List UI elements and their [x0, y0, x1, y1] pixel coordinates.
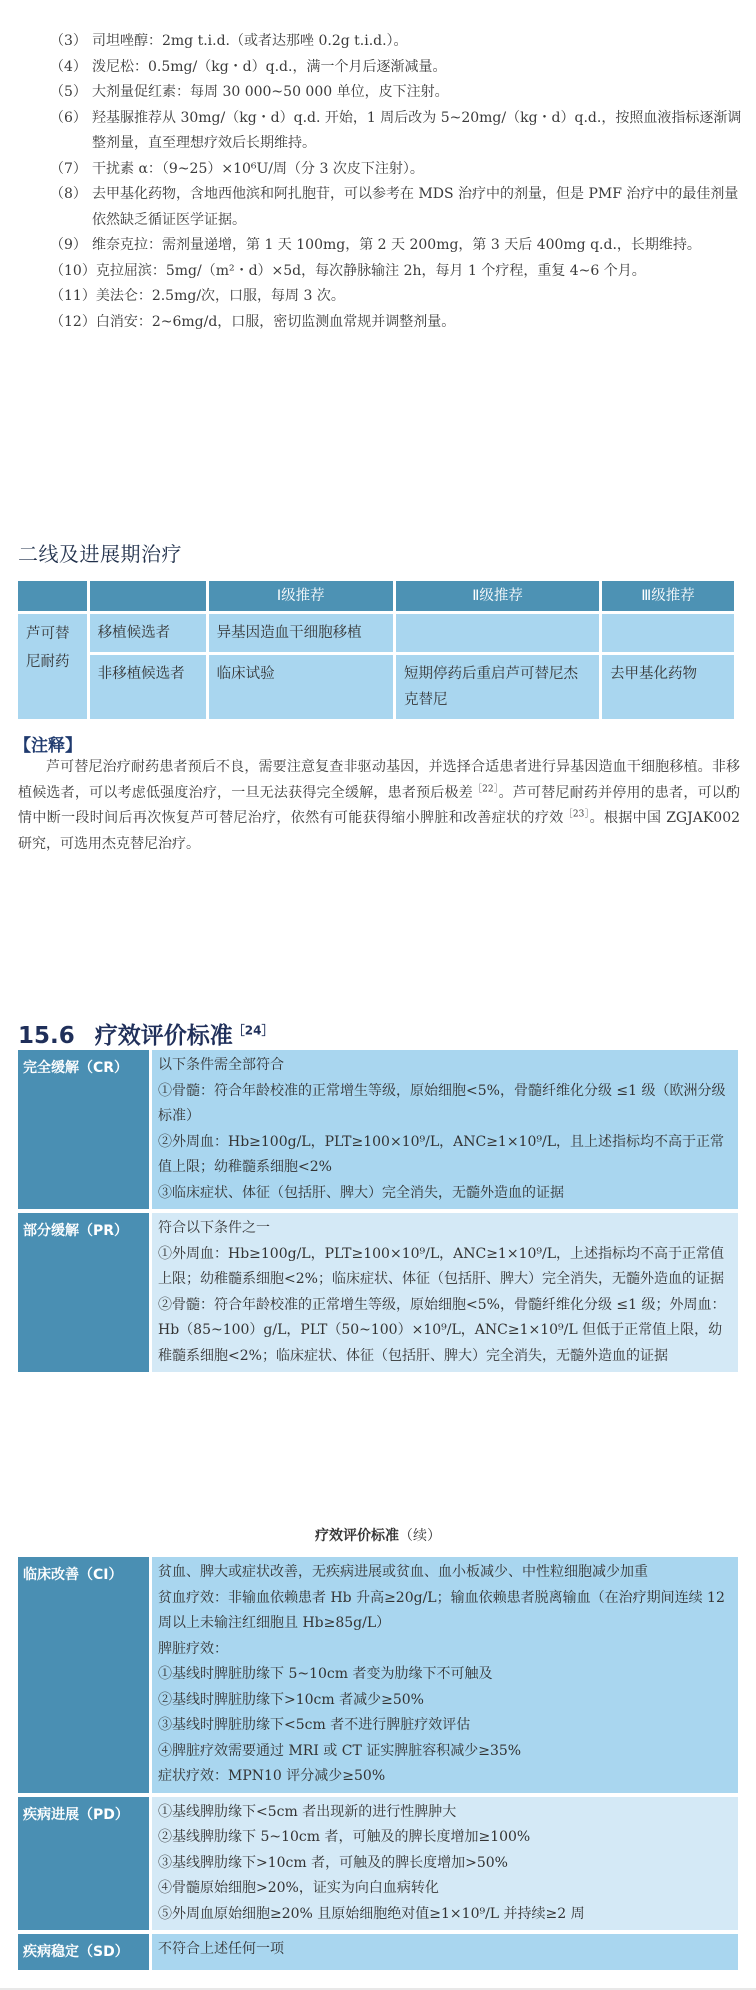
list-item: （12）白消安：2~6mg/d，口服，密切监测血常规并调整剂量。 — [50, 310, 750, 336]
criteria-label: 完全缓解（CR） — [18, 1050, 149, 1209]
list-item: （6）羟基脲推荐从 30mg/（kg・d）q.d. 开始，1 周后改为 5~20… — [50, 106, 750, 157]
criteria-line: ①基线脾肋缘下<5cm 者出现新的进行性脾肿大 — [158, 1800, 732, 1826]
dosing-list: （3）司坦唑醇：2mg t.i.d.（或者达那唑 0.2g t.i.d.）。 （… — [50, 29, 750, 335]
list-item-text: 美法仑：2.5mg/次，口服，每周 3 次。 — [96, 284, 750, 310]
table-header-cell — [18, 581, 87, 611]
criteria-line: ③基线时脾脏肋缘下<5cm 者不进行脾脏疗效评估 — [158, 1713, 732, 1739]
criteria-line: ②外周血：Hb≥100g/L，PLT≥100×10⁹/L，ANC≥1×10⁹/L… — [158, 1130, 732, 1181]
response-criteria-table: 完全缓解（CR） 以下条件需全部符合 ①骨髓：符合年龄校准的正常增生等级，原始细… — [18, 1050, 738, 1376]
list-item-number: （3） — [50, 29, 92, 55]
table-caption: 疗效评价标准（续） — [0, 1525, 756, 1545]
criteria-row-pr: 部分缓解（PR） 符合以下条件之一 ①外周血：Hb≥100g/L，PLT≥100… — [18, 1213, 738, 1372]
second-line-table: Ⅰ级推荐 Ⅱ级推荐 Ⅲ级推荐 芦可替尼耐药 移植候选者 异基因造血干细胞移植 非… — [15, 578, 737, 722]
table-row: 芦可替尼耐药 移植候选者 异基因造血干细胞移植 — [18, 614, 734, 652]
list-item-number: （5） — [50, 80, 92, 106]
list-item-number: （8） — [50, 182, 92, 233]
criteria-row-pd: 疾病进展（PD） ①基线脾肋缘下<5cm 者出现新的进行性脾肿大 ②基线脾肋缘下… — [18, 1797, 738, 1931]
criteria-body: 贫血、脾大或症状改善，无疾病进展或贫血、血小板减少、中性粒细胞减少加重 贫血疗效… — [152, 1557, 738, 1793]
list-item-text: 干扰素 α：（9~25）×10⁶U/周（分 3 次皮下注射）。 — [92, 157, 750, 183]
list-item-number: （4） — [50, 55, 92, 81]
citation: ［22］ — [473, 784, 499, 794]
criteria-line: 符合以下条件之一 — [158, 1216, 732, 1242]
criteria-line: 贫血疗效：非输血依赖患者 Hb 升高≥20g/L；输血依赖患者脱离输血（在治疗期… — [158, 1586, 732, 1637]
list-item: （5）大剂量促红素：每周 30 000~50 000 单位，皮下注射。 — [50, 80, 750, 106]
list-item-number: （11） — [50, 284, 96, 310]
section-number: 15.6 — [18, 1023, 75, 1049]
list-item-text: 去甲基化药物，含地西他滨和阿扎胞苷，可以参考在 MDS 治疗中的剂量，但是 PM… — [92, 182, 750, 233]
criteria-label: 临床改善（CI） — [18, 1557, 149, 1793]
citation: ［23］ — [564, 809, 590, 819]
criteria-line: ①外周血：Hb≥100g/L，PLT≥100×10⁹/L，ANC≥1×10⁹/L… — [158, 1242, 732, 1293]
list-item: （4）泼尼松：0.5mg/（kg・d）q.d.，满一个月后逐渐减量。 — [50, 55, 750, 81]
section-heading: 15.6疗效评价标准［24］ — [18, 1017, 273, 1050]
list-item-text: 大剂量促红素：每周 30 000~50 000 单位，皮下注射。 — [92, 80, 750, 106]
table-header-level3: Ⅲ级推荐 — [602, 581, 734, 611]
table-cell: 短期停药后重启芦可替尼杰克替尼 — [396, 655, 599, 719]
criteria-line: ①基线时脾脏肋缘下 5~10cm 者变为肋缘下不可触及 — [158, 1662, 732, 1688]
list-item: （3）司坦唑醇：2mg t.i.d.（或者达那唑 0.2g t.i.d.）。 — [50, 29, 750, 55]
criteria-body: 符合以下条件之一 ①外周血：Hb≥100g/L，PLT≥100×10⁹/L，AN… — [152, 1213, 738, 1372]
criteria-line: 症状疗效：MPN10 评分减少≥50% — [158, 1764, 732, 1790]
table-header-row: Ⅰ级推荐 Ⅱ级推荐 Ⅲ级推荐 — [18, 581, 734, 611]
criteria-line: ②骨髓：符合年龄校准的正常增生等级，原始细胞<5%，骨髓纤维化分级 ≤1 级；外… — [158, 1293, 732, 1370]
table-header-cell — [90, 581, 206, 611]
criteria-line: 不符合上述任何一项 — [158, 1937, 732, 1963]
criteria-row-cr: 完全缓解（CR） 以下条件需全部符合 ①骨髓：符合年龄校准的正常增生等级，原始细… — [18, 1050, 738, 1209]
criteria-body: 以下条件需全部符合 ①骨髓：符合年龄校准的正常增生等级，原始细胞<5%，骨髓纤维… — [152, 1050, 738, 1209]
section-title: 二线及进展期治疗 — [18, 538, 182, 567]
list-item-text: 白消安：2~6mg/d，口服，密切监测血常规并调整剂量。 — [96, 310, 750, 336]
table-cell: 临床试验 — [209, 655, 393, 719]
criteria-line: ②基线脾肋缘下 5~10cm 者，可触及的脾长度增加≥100% — [158, 1825, 732, 1851]
list-item-text: 羟基脲推荐从 30mg/（kg・d）q.d. 开始，1 周后改为 5~20mg/… — [92, 106, 750, 157]
list-item-text: 司坦唑醇：2mg t.i.d.（或者达那唑 0.2g t.i.d.）。 — [92, 29, 750, 55]
list-item-number: （10） — [50, 259, 96, 285]
note-paragraph: 芦可替尼治疗耐药患者预后不良，需要注意复查非驱动基因，并选择合适患者进行异基因造… — [18, 755, 740, 857]
response-criteria-table-continued: 临床改善（CI） 贫血、脾大或症状改善，无疾病进展或贫血、血小板减少、中性粒细胞… — [18, 1557, 738, 1974]
criteria-line: ②基线时脾脏肋缘下>10cm 者减少≥50% — [158, 1688, 732, 1714]
table-header-level1: Ⅰ级推荐 — [209, 581, 393, 611]
criteria-line: 贫血、脾大或症状改善，无疾病进展或贫血、血小板减少、中性粒细胞减少加重 — [158, 1560, 732, 1586]
table-row: 非移植候选者 临床试验 短期停药后重启芦可替尼杰克替尼 去甲基化药物 — [18, 655, 734, 719]
criteria-body: ①基线脾肋缘下<5cm 者出现新的进行性脾肿大 ②基线脾肋缘下 5~10cm 者… — [152, 1797, 738, 1931]
list-item-number: （6） — [50, 106, 92, 157]
criteria-body: 不符合上述任何一项 — [152, 1934, 738, 1970]
criteria-line: ⑤外周血原始细胞≥20% 且原始细胞绝对值≥1×10⁹/L 并持续≥2 周 — [158, 1902, 732, 1928]
criteria-line: ①骨髓：符合年龄校准的正常增生等级，原始细胞<5%，骨髓纤维化分级 ≤1 级（欧… — [158, 1079, 732, 1130]
criteria-line: ④脾脏疗效需要通过 MRI 或 CT 证实脾脏容积减少≥35% — [158, 1739, 732, 1765]
caption-suffix: （续） — [399, 1528, 441, 1544]
table-group-cell: 芦可替尼耐药 — [18, 614, 87, 719]
criteria-label: 疾病稳定（SD） — [18, 1934, 149, 1970]
list-item-number: （7） — [50, 157, 92, 183]
criteria-label: 疾病进展（PD） — [18, 1797, 149, 1931]
criteria-line: 脾脏疗效： — [158, 1637, 732, 1663]
criteria-label: 部分缓解（PR） — [18, 1213, 149, 1372]
table-header-level2: Ⅱ级推荐 — [396, 581, 599, 611]
criteria-line: ③临床症状、体征（包括肝、脾大）完全消失，无髓外造血的证据 — [158, 1181, 732, 1207]
section-title: 疗效评价标准 — [95, 1023, 233, 1049]
list-item-text: 维奈克拉：需剂量递增，第 1 天 100mg，第 2 天 200mg，第 3 天… — [92, 233, 750, 259]
table-cell — [396, 614, 599, 652]
table-cell: 去甲基化药物 — [602, 655, 734, 719]
list-item: （11）美法仑：2.5mg/次，口服，每周 3 次。 — [50, 284, 750, 310]
list-item: （7）干扰素 α：（9~25）×10⁶U/周（分 3 次皮下注射）。 — [50, 157, 750, 183]
list-item: （9）维奈克拉：需剂量递增，第 1 天 100mg，第 2 天 200mg，第 … — [50, 233, 750, 259]
criteria-line: ③基线脾肋缘下>10cm 者，可触及的脾长度增加>50% — [158, 1851, 732, 1877]
list-item-text: 克拉屈滨：5mg/（m²・d）×5d，每次静脉输注 2h，每月 1 个疗程，重复… — [96, 259, 750, 285]
caption-text: 疗效评价标准 — [315, 1528, 399, 1544]
table-cell: 异基因造血干细胞移植 — [209, 614, 393, 652]
table-cell: 移植候选者 — [90, 614, 206, 652]
criteria-row-ci: 临床改善（CI） 贫血、脾大或症状改善，无疾病进展或贫血、血小板减少、中性粒细胞… — [18, 1557, 738, 1793]
criteria-line: 以下条件需全部符合 — [158, 1053, 732, 1079]
list-item-text: 泼尼松：0.5mg/（kg・d）q.d.，满一个月后逐渐减量。 — [92, 55, 750, 81]
citation: ［24］ — [233, 1023, 274, 1037]
list-item-number: （12） — [50, 310, 96, 336]
list-item: （8）去甲基化药物，含地西他滨和阿扎胞苷，可以参考在 MDS 治疗中的剂量，但是… — [50, 182, 750, 233]
criteria-line: ④骨髓原始细胞>20%，证实为向白血病转化 — [158, 1876, 732, 1902]
table-cell — [602, 614, 734, 652]
table-cell: 非移植候选者 — [90, 655, 206, 719]
list-item-number: （9） — [50, 233, 92, 259]
list-item: （10）克拉屈滨：5mg/（m²・d）×5d，每次静脉输注 2h，每月 1 个疗… — [50, 259, 750, 285]
criteria-row-sd: 疾病稳定（SD） 不符合上述任何一项 — [18, 1934, 738, 1970]
note-title: 【注释】 — [14, 731, 82, 756]
